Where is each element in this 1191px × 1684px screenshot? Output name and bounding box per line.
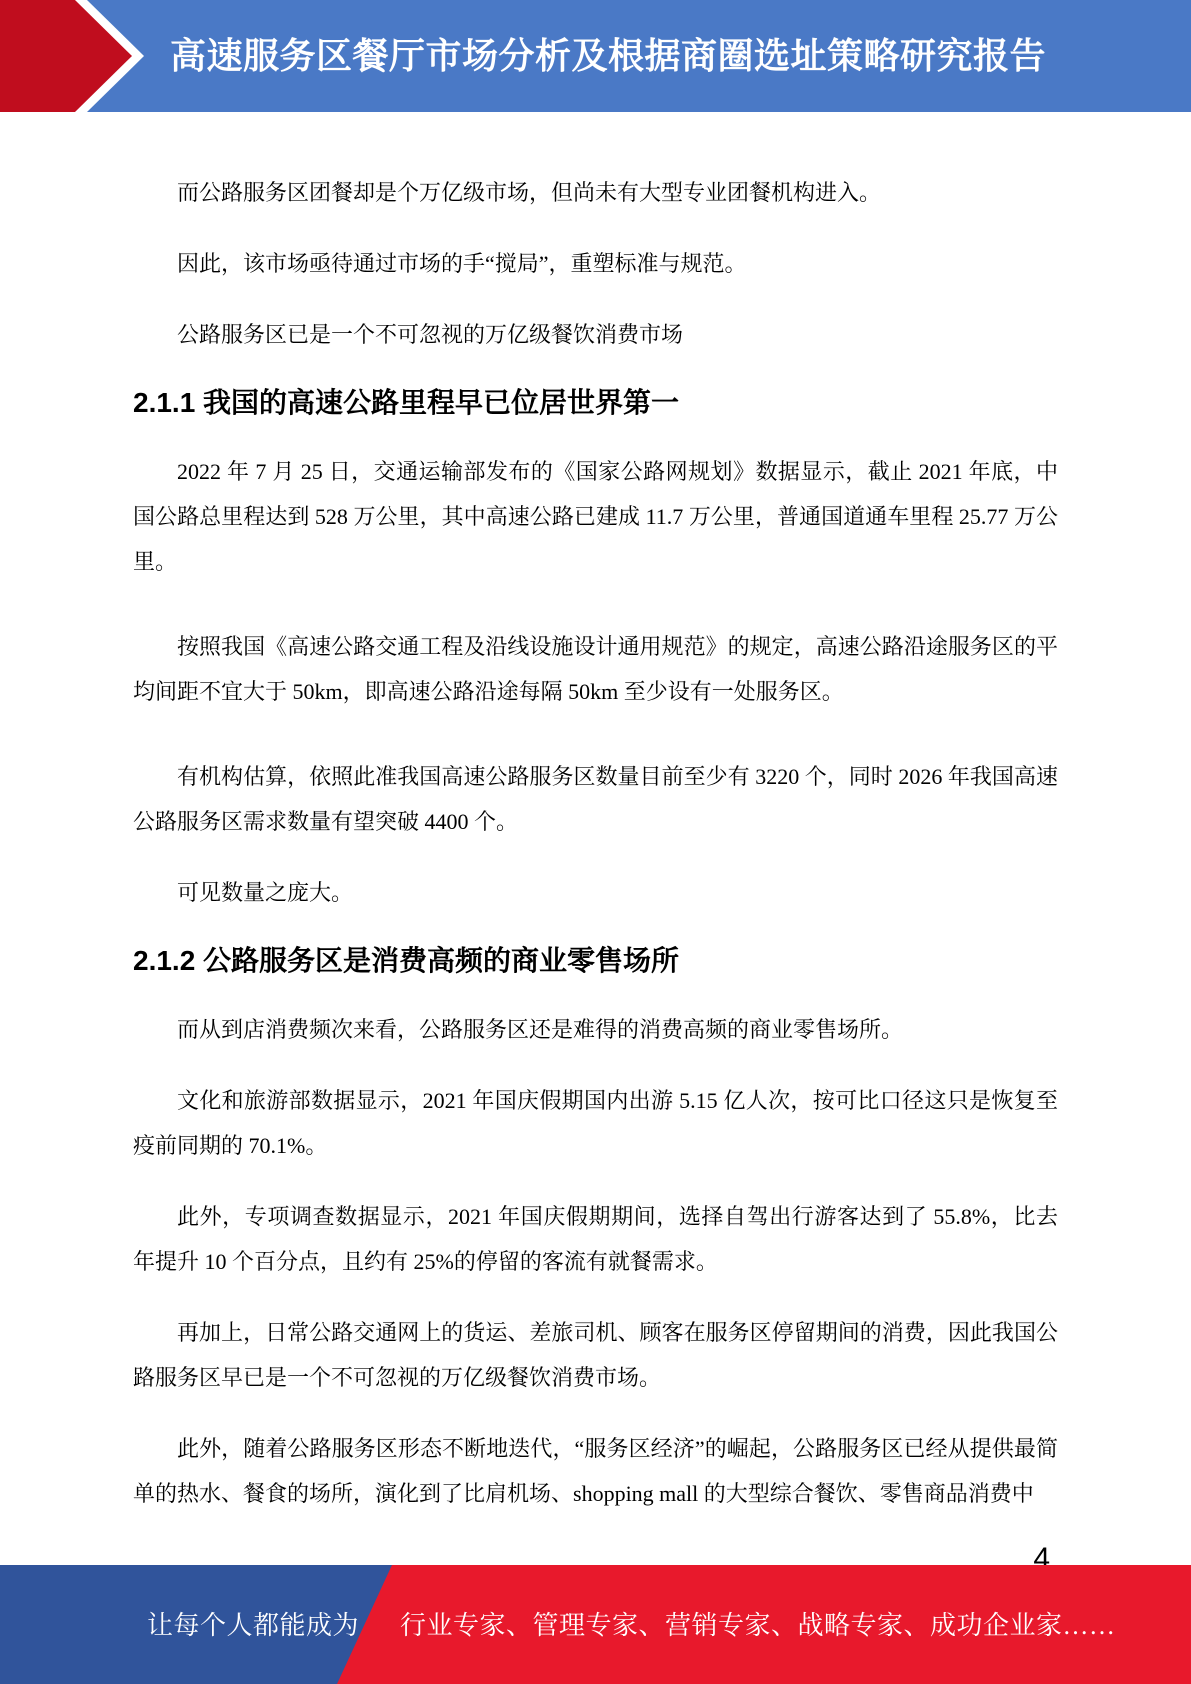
section-heading-2-1-2: 2.1.2 公路服务区是消费高频的商业零售场所 xyxy=(133,941,1058,981)
header-banner: 高速服务区餐厅市场分析及根据商圈选址策略研究报告 xyxy=(0,0,1191,112)
paragraph: 2022 年 7 月 25 日，交通运输部发布的《国家公路网规划》数据显示，截止… xyxy=(133,449,1058,584)
report-title: 高速服务区餐厅市场分析及根据商圈选址策略研究报告 xyxy=(170,0,1046,109)
chevron-right-icon xyxy=(0,0,132,112)
paragraph: 而从到店消费频次来看，公路服务区还是难得的消费高频的商业零售场所。 xyxy=(133,1007,1058,1052)
paragraph: 此外，专项调查数据显示，2021 年国庆假期期间，选择自驾出行游客达到了 55.… xyxy=(133,1194,1058,1284)
document-body: 而公路服务区团餐却是个万亿级市场，但尚未有大型专业团餐机构进入。 因此，该市场亟… xyxy=(0,112,1191,1576)
footer-slogan-left: 让每个人都能成为 xyxy=(147,1605,359,1642)
paragraph: 有机构估算，依照此准我国高速公路服务区数量目前至少有 3220 个，同时 202… xyxy=(133,754,1058,844)
paragraph: 公路服务区已是一个不可忽视的万亿级餐饮消费市场 xyxy=(133,312,1058,357)
paragraph: 按照我国《高速公路交通工程及沿线设施设计通用规范》的规定，高速公路沿途服务区的平… xyxy=(133,624,1058,714)
paragraph: 因此，该市场亟待通过市场的手“搅局”，重塑标准与规范。 xyxy=(133,241,1058,286)
paragraph: 文化和旅游部数据显示，2021 年国庆假期国内出游 5.15 亿人次，按可比口径… xyxy=(133,1078,1058,1168)
paragraph: 可见数量之庞大。 xyxy=(133,870,1058,915)
paragraph: 而公路服务区团餐却是个万亿级市场，但尚未有大型专业团餐机构进入。 xyxy=(133,170,1058,215)
footer-banner: 让每个人都能成为 行业专家、管理专家、营销专家、战略专家、成功企业家…… xyxy=(0,1565,1191,1684)
section-heading-2-1-1: 2.1.1 我国的高速公路里程早已位居世界第一 xyxy=(133,383,1058,423)
paragraph: 此外，随着公路服务区形态不断地迭代，“服务区经济”的崛起，公路服务区已经从提供最… xyxy=(133,1426,1058,1516)
footer-slogan-right: 行业专家、管理专家、营销专家、战略专家、成功企业家…… xyxy=(400,1605,1116,1642)
document-page: 高速服务区餐厅市场分析及根据商圈选址策略研究报告 而公路服务区团餐却是个万亿级市… xyxy=(0,0,1191,1684)
paragraph: 再加上，日常公路交通网上的货运、差旅司机、顾客在服务区停留期间的消费，因此我国公… xyxy=(133,1310,1058,1400)
